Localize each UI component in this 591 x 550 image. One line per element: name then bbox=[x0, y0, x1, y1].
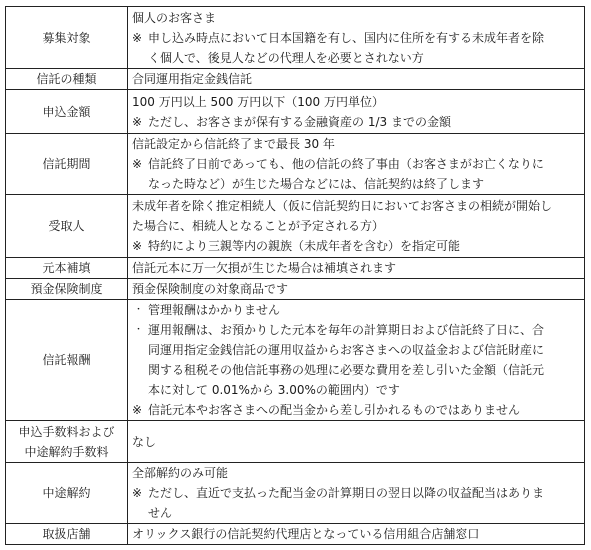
row-label: 受取人 bbox=[6, 195, 128, 258]
row-label: 申込手数料および 中途解約手数料 bbox=[6, 421, 128, 463]
row-trust-period: 信託期間 信託設定から信託終了まで最長 30 年 ※ 信託終了日前であっても、他… bbox=[6, 134, 585, 195]
bullet-line: 同運用指定金銭信託の運用収益からお客さまへの収益金および信託財産に bbox=[148, 340, 580, 360]
row-label: 預金保険制度 bbox=[6, 279, 128, 300]
row-label: 信託報酬 bbox=[6, 300, 128, 421]
bullet-item: ・ 運用報酬は、お預かりした元本を毎年の計算期日および信託終了日に、合 同運用指… bbox=[132, 320, 580, 400]
label-line: 中途解約手数料 bbox=[6, 442, 127, 462]
row-label: 取扱店舗 bbox=[6, 524, 128, 545]
row-label: 募集対象 bbox=[6, 7, 128, 69]
main-text: 未成年者を除く推定相続人（仮に信託契約日においてお客さまの相続が開始し bbox=[132, 196, 580, 216]
row-beneficiary: 受取人 未成年者を除く推定相続人（仮に信託契約日においてお客さまの相続が開始し … bbox=[6, 195, 585, 258]
row-value: 全部解約のみ可能 ※ ただし、直近で支払った配当金の計算期日の翌日以降の収益配当… bbox=[128, 463, 585, 524]
row-trust-type: 信託の種類 合同運用指定金銭信託 bbox=[6, 69, 585, 90]
note-line: せん bbox=[148, 503, 580, 523]
note: ※ 信託終了日前であっても、他の信託の終了事由（お客さまがお亡くなりに なった時… bbox=[132, 154, 580, 194]
bullet-line: 管理報酬はかかりません bbox=[148, 300, 580, 320]
note-line: 信託元本やお客さまへの配当金から差し引かれるものではありません bbox=[148, 400, 580, 420]
bullet-line: 本に対して 0.01%から 3.00%の範囲内）です bbox=[148, 380, 580, 400]
bullet-mark: ・ bbox=[132, 300, 148, 320]
main-text: 信託元本に万一欠損が生じた場合は補填されます bbox=[132, 258, 580, 278]
note-line: ただし、直近で支払った配当金の計算期日の翌日以降の収益配当はありま bbox=[148, 483, 580, 503]
bullet-line: 運用報酬は、お預かりした元本を毎年の計算期日および信託終了日に、合 bbox=[148, 320, 580, 340]
note: ※ ただし、直近で支払った配当金の計算期日の翌日以降の収益配当はありま せん bbox=[132, 483, 580, 523]
note-line: 特約により三親等内の親族（未成年者を含む）を指定可能 bbox=[148, 236, 580, 256]
note: ※ ただし、お客さまが保有する金融資産の 1/3 までの金額 bbox=[132, 112, 580, 132]
product-spec-table: 募集対象 個人のお客さま ※ 申し込み時点において日本国籍を有し、国内に住所を有… bbox=[5, 6, 585, 545]
row-trust-fee: 信託報酬 ・ 管理報酬はかかりません ・ 運用報酬は、お預かりした元本を毎年の計… bbox=[6, 300, 585, 421]
reference-mark: ※ bbox=[132, 154, 148, 194]
row-label: 申込金額 bbox=[6, 90, 128, 134]
main-text: た場合に、相続人となることが予定される方） bbox=[132, 216, 580, 236]
bullet-line: 関する租税その他信託事務の処理に必要な費用を差し引いた金額（信託元 bbox=[148, 360, 580, 380]
row-eligibility: 募集対象 個人のお客さま ※ 申し込み時点において日本国籍を有し、国内に住所を有… bbox=[6, 7, 585, 69]
main-text: 全部解約のみ可能 bbox=[132, 463, 580, 483]
main-text: オリックス銀行の信託契約代理店となっている信用組合店舗窓口 bbox=[132, 524, 580, 544]
row-value: 個人のお客さま ※ 申し込み時点において日本国籍を有し、国内に住所を有する未成年… bbox=[128, 7, 585, 69]
row-value: ・ 管理報酬はかかりません ・ 運用報酬は、お預かりした元本を毎年の計算期日およ… bbox=[128, 300, 585, 421]
row-value: 信託設定から信託終了まで最長 30 年 ※ 信託終了日前であっても、他の信託の終… bbox=[128, 134, 585, 195]
note-line: 申し込み時点において日本国籍を有し、国内に住所を有する未成年者を除 bbox=[148, 28, 580, 48]
note: ※ 信託元本やお客さまへの配当金から差し引かれるものではありません bbox=[132, 400, 580, 420]
row-label: 元本補填 bbox=[6, 258, 128, 279]
row-value: 預金保険制度の対象商品です bbox=[128, 279, 585, 300]
row-value: 信託元本に万一欠損が生じた場合は補填されます bbox=[128, 258, 585, 279]
reference-mark: ※ bbox=[132, 28, 148, 68]
row-fees: 申込手数料および 中途解約手数料 なし bbox=[6, 421, 585, 463]
row-label: 信託期間 bbox=[6, 134, 128, 195]
row-label: 信託の種類 bbox=[6, 69, 128, 90]
main-text: 信託設定から信託終了まで最長 30 年 bbox=[132, 134, 580, 154]
row-value: 合同運用指定金銭信託 bbox=[128, 69, 585, 90]
bullet-item: ・ 管理報酬はかかりません bbox=[132, 300, 580, 320]
row-label: 中途解約 bbox=[6, 463, 128, 524]
row-value: オリックス銀行の信託契約代理店となっている信用組合店舗窓口 bbox=[128, 524, 585, 545]
row-value: 100 万円以上 500 万円以下（100 万円単位） ※ ただし、お客さまが保… bbox=[128, 90, 585, 134]
note-line: ただし、お客さまが保有する金融資産の 1/3 までの金額 bbox=[148, 112, 580, 132]
main-text: 預金保険制度の対象商品です bbox=[132, 279, 580, 299]
row-value: 未成年者を除く推定相続人（仮に信託契約日においてお客さまの相続が開始し た場合に… bbox=[128, 195, 585, 258]
row-principal-guarantee: 元本補填 信託元本に万一欠損が生じた場合は補填されます bbox=[6, 258, 585, 279]
row-branches: 取扱店舗 オリックス銀行の信託契約代理店となっている信用組合店舗窓口 bbox=[6, 524, 585, 545]
row-early-termination: 中途解約 全部解約のみ可能 ※ ただし、直近で支払った配当金の計算期日の翌日以降… bbox=[6, 463, 585, 524]
row-value: なし bbox=[128, 421, 585, 463]
reference-mark: ※ bbox=[132, 112, 148, 132]
reference-mark: ※ bbox=[132, 483, 148, 523]
note: ※ 特約により三親等内の親族（未成年者を含む）を指定可能 bbox=[132, 236, 580, 256]
main-text: なし bbox=[132, 432, 580, 452]
reference-mark: ※ bbox=[132, 400, 148, 420]
note-line: なった時など）が生じた場合などには、信託契約は終了します bbox=[148, 174, 580, 194]
row-deposit-insurance: 預金保険制度 預金保険制度の対象商品です bbox=[6, 279, 585, 300]
bullet-mark: ・ bbox=[132, 320, 148, 400]
main-text: 合同運用指定金銭信託 bbox=[132, 69, 580, 89]
main-text: 100 万円以上 500 万円以下（100 万円単位） bbox=[132, 92, 580, 112]
label-line: 申込手数料および bbox=[6, 422, 127, 442]
note: ※ 申し込み時点において日本国籍を有し、国内に住所を有する未成年者を除 く個人で… bbox=[132, 28, 580, 68]
note-line: 信託終了日前であっても、他の信託の終了事由（お客さまがお亡くなりに bbox=[148, 154, 580, 174]
note-line: く個人で、後見人などの代理人を必要とされない方 bbox=[148, 48, 580, 68]
main-text: 個人のお客さま bbox=[132, 8, 580, 28]
reference-mark: ※ bbox=[132, 236, 148, 256]
row-application-amount: 申込金額 100 万円以上 500 万円以下（100 万円単位） ※ ただし、お… bbox=[6, 90, 585, 134]
